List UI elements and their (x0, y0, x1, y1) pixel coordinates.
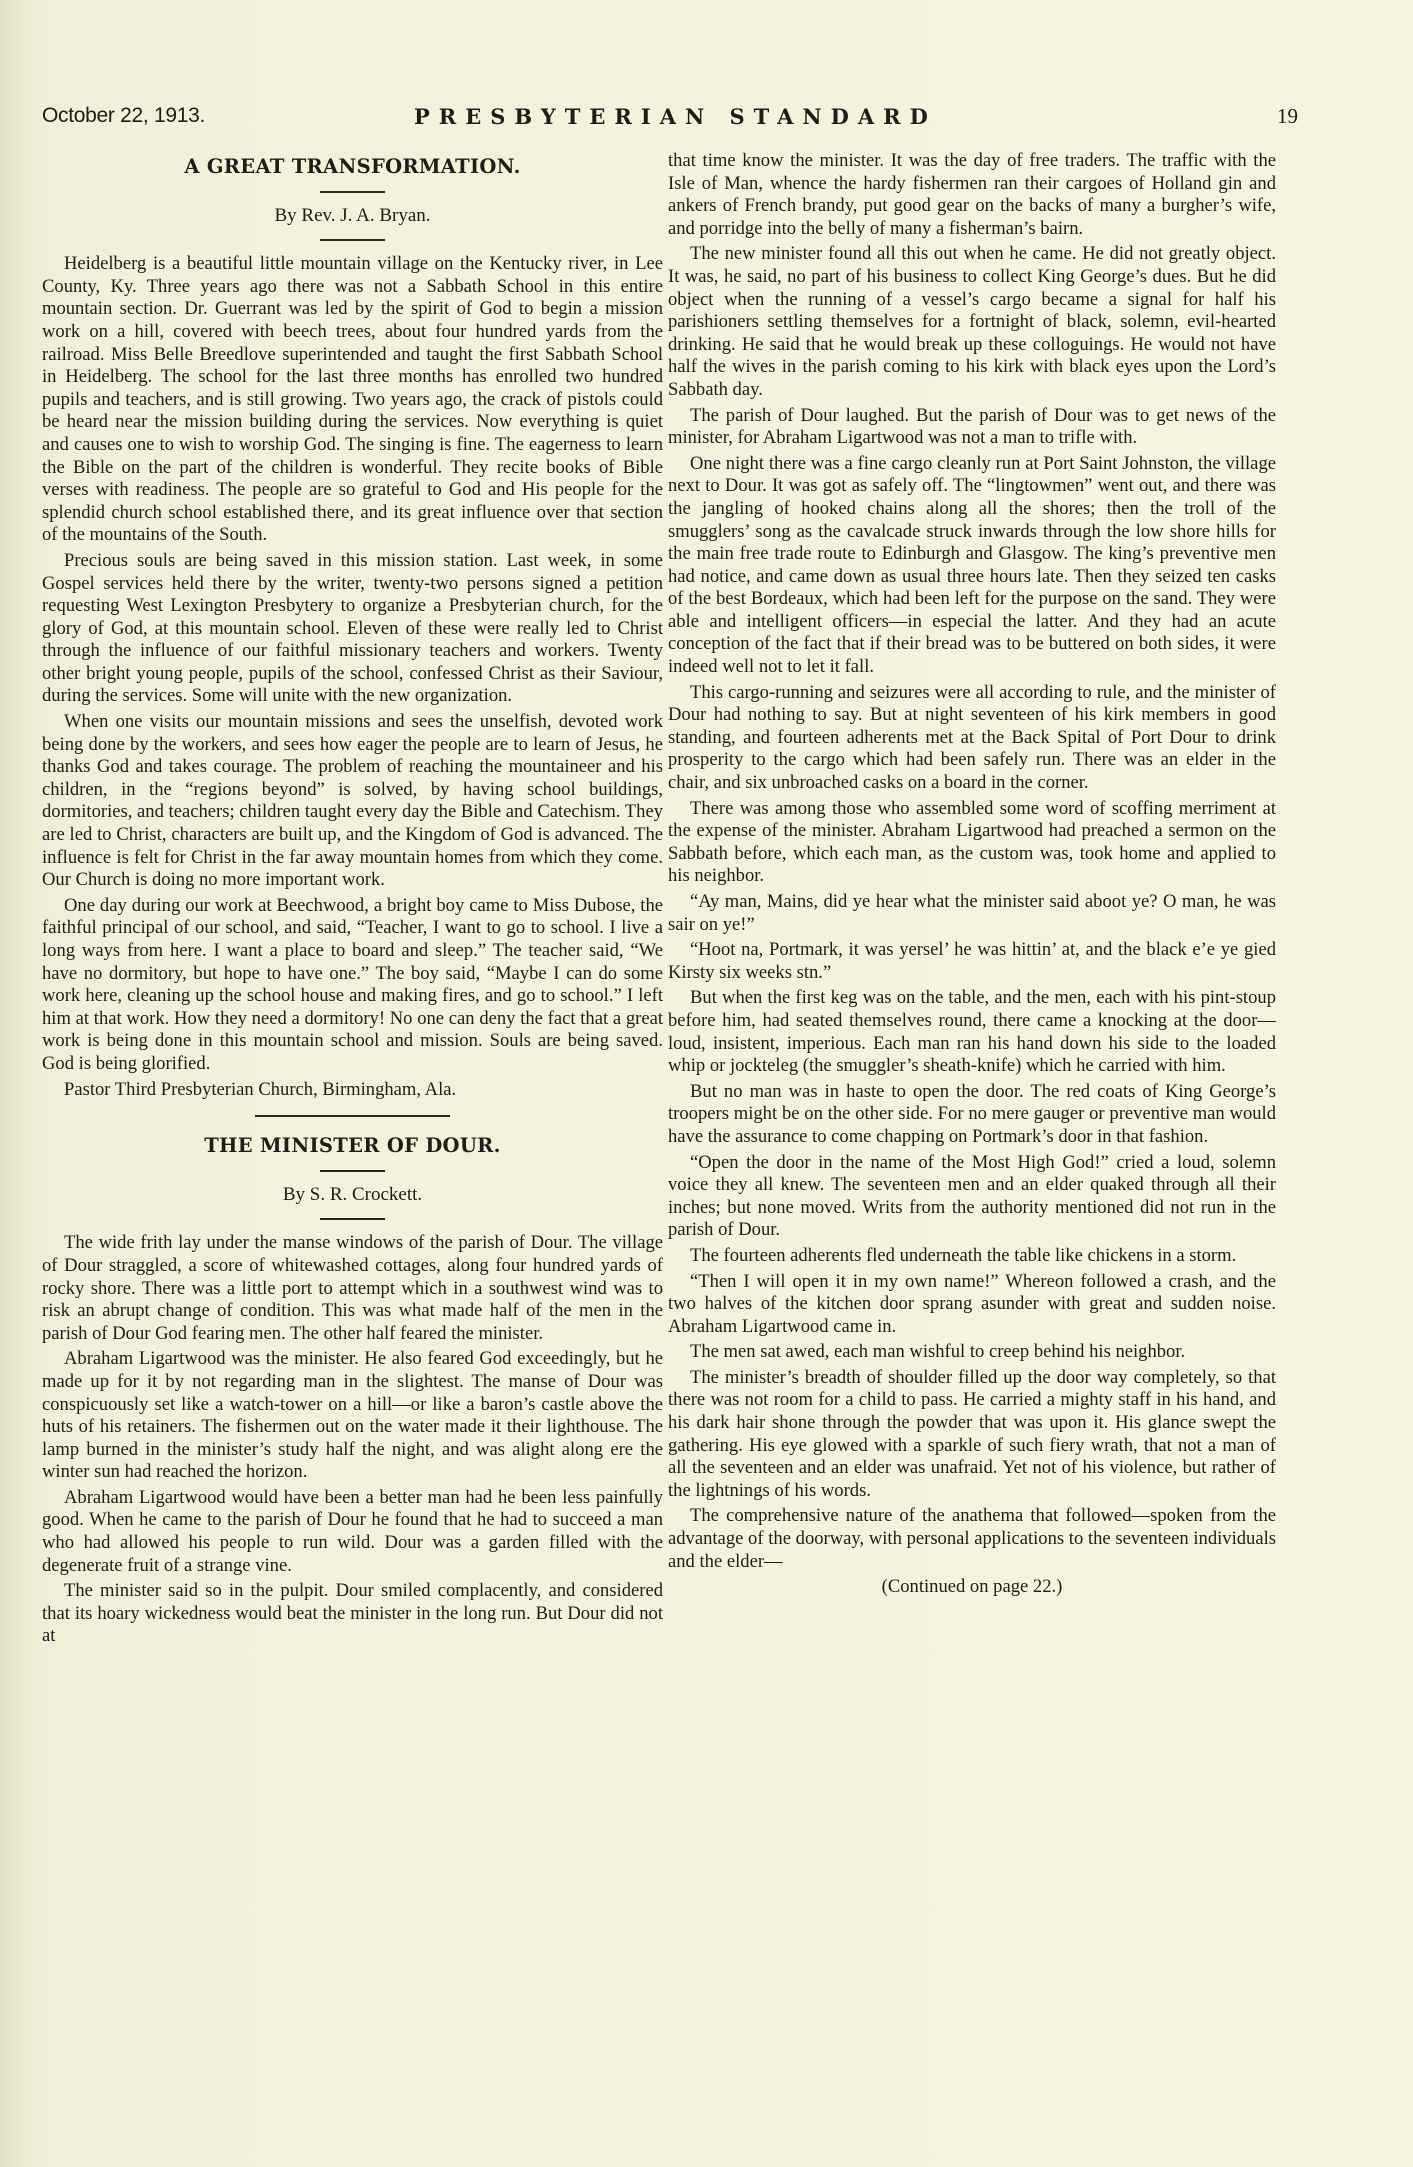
paragraph: Heidelberg is a beautiful little mountai… (42, 253, 663, 547)
author-signature: Pastor Third Presbyterian Church, Birmin… (42, 1079, 663, 1102)
page-number: 19 (1277, 104, 1298, 129)
paragraph: The wide frith lay under the manse windo… (42, 1232, 663, 1345)
paragraph: One day during our work at Beechwood, a … (42, 895, 663, 1076)
divider (320, 1170, 385, 1172)
article-byline: By S. R. Crockett. (42, 1184, 663, 1207)
continued-note: (Continued on page 22.) (668, 1576, 1276, 1599)
paragraph: Abraham Ligartwood would have been a bet… (42, 1487, 663, 1577)
paragraph: “Ay man, Mains, did ye hear what the min… (668, 891, 1276, 936)
right-column: that time know the minister. It was the … (668, 150, 1276, 1599)
divider (320, 1218, 385, 1220)
paragraph: “Then I will open it in my own name!” Wh… (668, 1271, 1276, 1339)
paragraph: The fourteen adherents fled underneath t… (668, 1245, 1276, 1268)
paragraph-continuation: that time know the minister. It was the … (668, 150, 1276, 240)
paragraph: The minister’s breadth of shoulder fille… (668, 1367, 1276, 1503)
article-title: THE MINISTER OF DOUR. (42, 1135, 663, 1158)
left-column: A GREAT TRANSFORMATION. By Rev. J. A. Br… (42, 150, 663, 1651)
paragraph: The new minister found all this out when… (668, 243, 1276, 401)
article-minister-of-dour: THE MINISTER OF DOUR. By S. R. Crockett.… (42, 1135, 663, 1648)
paragraph: This cargo-running and seizures were all… (668, 682, 1276, 795)
paragraph: When one visits our mountain missions an… (42, 711, 663, 892)
paragraph: But no man was in haste to open the door… (668, 1081, 1276, 1149)
paragraph: One night there was a fine cargo cleanly… (668, 453, 1276, 679)
issue-date: October 22, 1913. (42, 104, 205, 128)
paragraph: Precious souls are being saved in this m… (42, 550, 663, 708)
paragraph: “Hoot na, Portmark, it was yersel’ he wa… (668, 939, 1276, 984)
publication-title: PRESBYTERIAN STANDARD (414, 104, 937, 129)
paragraph: But when the first keg was on the table,… (668, 987, 1276, 1077)
paragraph: The parish of Dour laughed. But the pari… (668, 405, 1276, 450)
page-header: October 22, 1913. PRESBYTERIAN STANDARD … (42, 104, 1312, 134)
newspaper-page: October 22, 1913. PRESBYTERIAN STANDARD … (0, 0, 1413, 2167)
paragraph: The comprehensive nature of the anathema… (668, 1505, 1276, 1573)
paragraph: There was among those who assembled some… (668, 798, 1276, 888)
paragraph: Abraham Ligartwood was the minister. He … (42, 1348, 663, 1484)
paragraph: “Open the door in the name of the Most H… (668, 1152, 1276, 1242)
divider (320, 191, 385, 193)
article-title: A GREAT TRANSFORMATION. (42, 156, 663, 179)
paragraph: The men sat awed, each man wishful to cr… (668, 1341, 1276, 1364)
paragraph: The minister said so in the pulpit. Dour… (42, 1580, 663, 1648)
article-great-transformation: A GREAT TRANSFORMATION. By Rev. J. A. Br… (42, 156, 663, 1101)
article-separator (255, 1115, 450, 1117)
divider (320, 239, 385, 241)
article-byline: By Rev. J. A. Bryan. (42, 205, 663, 228)
